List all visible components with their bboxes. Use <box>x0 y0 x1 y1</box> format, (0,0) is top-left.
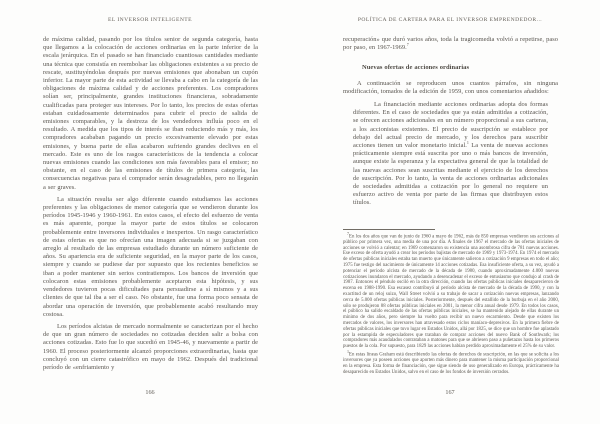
footnote-separator <box>343 229 435 230</box>
book-spread: EL INVERSOR INTELIGENTE de máxima calida… <box>0 0 600 424</box>
paragraph: La situación resulta ser algo diferente … <box>43 196 258 319</box>
running-header-left: EL INVERSOR INTELIGENTE <box>0 17 300 23</box>
page-left: EL INVERSOR INTELIGENTE de máxima calida… <box>0 0 300 424</box>
paragraph: Los períodos alcistas de mercado normalm… <box>43 323 258 372</box>
page-number-right: 167 <box>300 389 600 396</box>
block-quote-paragraph: La financiación mediante acciones ordina… <box>353 101 548 208</box>
footnotes-section: 7En los dos años que van de junio de 196… <box>343 229 559 376</box>
quote-text: La venta de nuevas acciones prácticament… <box>353 142 548 206</box>
right-page-body: recuperación» que duró varios años, toda… <box>343 36 558 208</box>
left-page-body: de máxima calidad, pasando por los títul… <box>43 36 258 372</box>
paragraph: A continuación se reproducen unos cuanto… <box>343 80 558 96</box>
page-number-left: 166 <box>0 389 300 396</box>
section-heading: Nuevas ofertas de acciones ordinarias <box>362 64 558 72</box>
paragraph-text: recuperación» que duró varios años, toda… <box>343 36 558 51</box>
footnote-reference: 7 <box>407 42 409 47</box>
footnote: 1En estas líneas Graham está describiend… <box>343 352 559 376</box>
page-right: POLÍTICA DE CARTERA PARA EL INVERSOR EMP… <box>300 0 600 424</box>
block-quote: La financiación mediante acciones ordina… <box>353 101 548 208</box>
footnote-text: En estas líneas Graham está describiendo… <box>343 353 559 375</box>
footnote: 7En los dos años que van de junio de 196… <box>343 234 559 351</box>
footnote-text: En los dos años que van de junio de 1960… <box>343 234 559 349</box>
paragraph: recuperación» que duró varios años, toda… <box>343 36 558 52</box>
paragraph: de máxima calidad, pasando por los títul… <box>43 36 258 192</box>
running-header-right: POLÍTICA DE CARTERA PARA EL INVERSOR EMP… <box>300 17 600 23</box>
